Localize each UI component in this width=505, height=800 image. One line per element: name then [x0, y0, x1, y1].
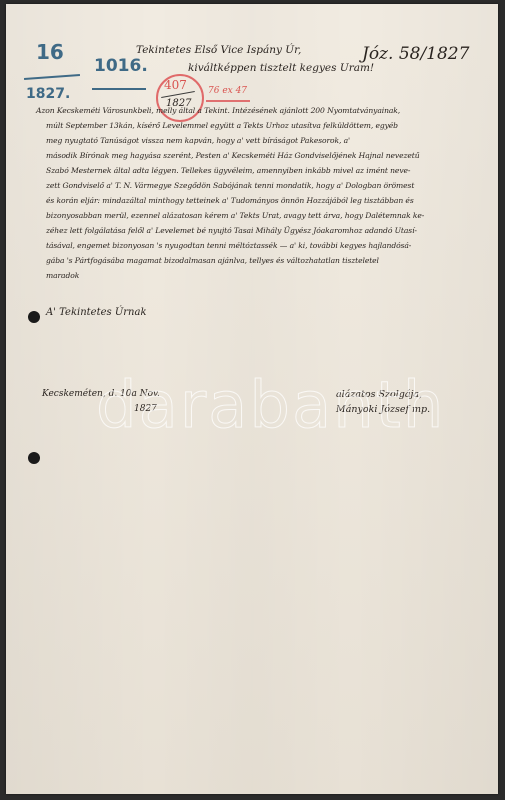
body-line: maradok: [46, 271, 79, 280]
archive-year-left: 1827.: [26, 86, 70, 102]
red-pencil-note: 76 ex 47: [208, 86, 247, 96]
salutation-line-1: Tekintetes Első Vice Ispány Úr,: [136, 44, 301, 56]
addressee: A' Tekintetes Úrnak: [46, 307, 147, 318]
blue-divider-line: [24, 74, 80, 80]
red-underline: [206, 100, 250, 102]
red-circle-number: 407: [164, 78, 187, 92]
body-line: zéhez lett folgálatása felől a' Leveleme…: [46, 226, 417, 235]
punch-hole: [28, 452, 40, 464]
body-line: tásával, engemet bizonyosan 's nyugodtan…: [46, 241, 411, 250]
salutation-line-2: kiváltképpen tisztelt kegyes Uram!: [188, 62, 374, 74]
body-line: bizonyosabban merül, ezennel alázatosan …: [46, 211, 424, 220]
body-line: meg nyugtató Tanúságot vissza nem kapván…: [46, 136, 350, 145]
reference-number: Józ. 58/1827: [362, 44, 469, 64]
punch-hole: [28, 311, 40, 323]
body-line: második Bírónak meg hagyása szerént, Pes…: [46, 151, 420, 160]
document-page: 16 1827. 1016. 407 1827 76 ex 47 Tekinte…: [6, 4, 498, 794]
blue-underline: [92, 88, 146, 90]
body-line: zett Gondviselő a' T. N. Vármegye Szegőd…: [46, 181, 414, 190]
watermark: darabanth: [96, 369, 445, 443]
body-line: Szabó Mesternek által adta légyen. Telle…: [46, 166, 410, 175]
body-line: és korán eljár: mindazáltal minthogy tet…: [46, 196, 414, 205]
archive-number-right: 1016.: [94, 56, 148, 76]
body-line: gába 's Pártfogásába magamat bizodalmasa…: [46, 256, 379, 265]
body-line: Azon Kecskeméti Városunkbeli, melly álta…: [36, 106, 400, 115]
body-line: múlt September 13kán, kísérő Levelemmel …: [46, 121, 398, 130]
archive-number-left: 16: [36, 40, 64, 64]
